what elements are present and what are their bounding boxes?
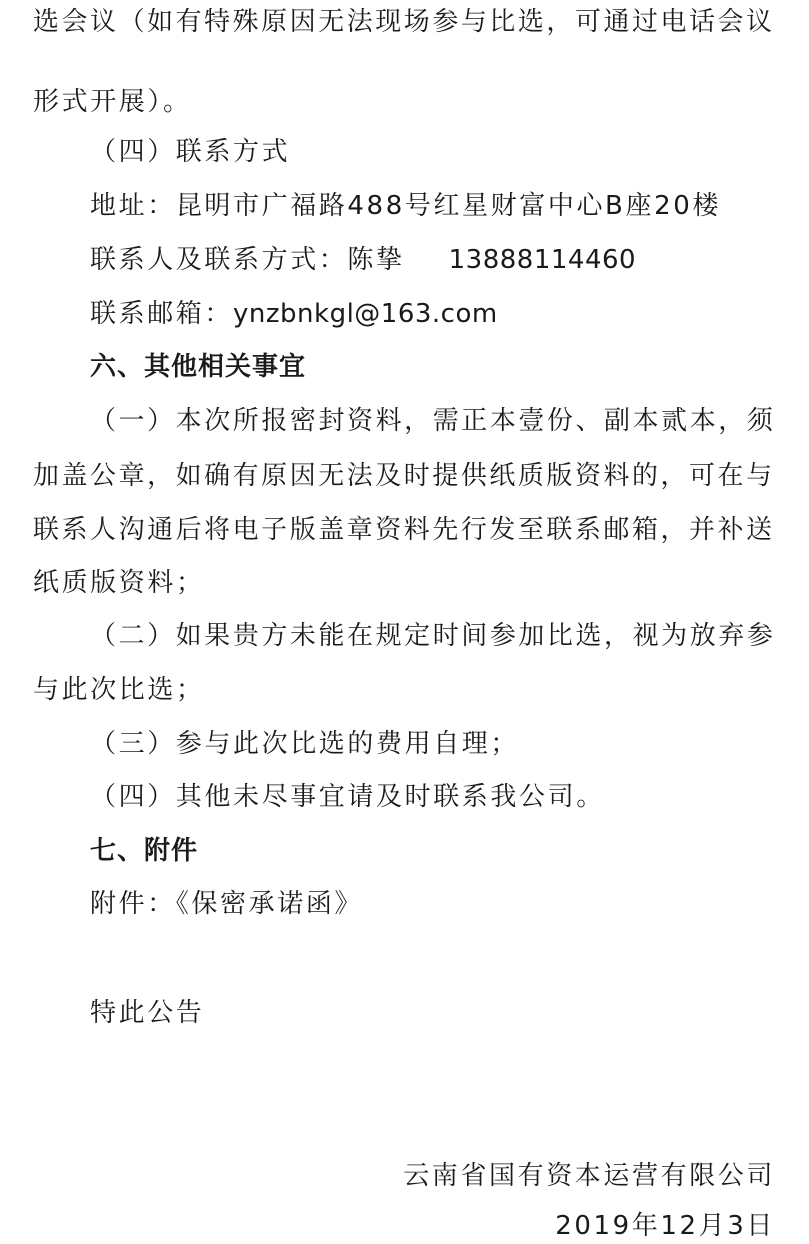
address-label: 地址： (90, 191, 176, 221)
paragraph-continuation-line-2: 形式开展）。 (33, 84, 192, 120)
item-1-line-3: 联系人沟通后将电子版盖章资料先行发至联系邮箱，并补送 (33, 512, 775, 548)
section-six-heading: 六、其他相关事宜 (90, 349, 306, 385)
contact-phone: 13888114460 (449, 245, 636, 275)
signature-date: 2019年12月3日 (555, 1208, 775, 1244)
closing-text: 特此公告 (90, 995, 204, 1031)
attachment-line: 附件：《保密承诺函》 (90, 886, 363, 922)
contact-label: 联系人及联系方式： (90, 245, 347, 275)
item-4: （四）其他未尽事宜请及时联系我公司。 (90, 779, 605, 815)
signature-organization: 云南省国有资本运营有限公司 (403, 1158, 775, 1194)
email-value: ynzbnkgl@163.com (233, 299, 498, 329)
document-page: 选会议（如有特殊原因无法现场参与比选，可通过电话会议 形式开展）。 （四）联系方… (0, 0, 809, 1244)
address-value: 昆明市广福路488号红星财富中心B座20楼 (176, 191, 721, 221)
item-1-line-1: （一）本次所报密封资料，需正本壹份、副本贰本，须 (90, 403, 775, 439)
email-label: 联系邮箱： (90, 299, 233, 329)
item-2-line-2: 与此次比选； (33, 672, 205, 708)
attachment-label: 附件： (90, 889, 176, 919)
email-line: 联系邮箱：ynzbnkgl@163.com (90, 296, 498, 332)
contact-section-title: （四）联系方式 (90, 134, 290, 170)
item-2-line-1: （二）如果贵方未能在规定时间参加比选，视为放弃参 (90, 618, 775, 654)
contact-name: 陈挚 (347, 245, 404, 275)
item-3: （三）参与此次比选的费用自理； (90, 726, 519, 762)
contact-person-line: 联系人及联系方式：陈挚13888114460 (90, 242, 636, 278)
paragraph-continuation-line-1: 选会议（如有特殊原因无法现场参与比选，可通过电话会议 (33, 4, 775, 40)
item-1-line-2: 加盖公章，如确有原因无法及时提供纸质版资料的，可在与 (33, 458, 775, 494)
attachment-value: 《保密承诺函》 (176, 889, 363, 919)
item-1-line-4: 纸质版资料； (33, 565, 205, 601)
section-seven-heading: 七、附件 (90, 833, 198, 869)
address-line: 地址：昆明市广福路488号红星财富中心B座20楼 (90, 188, 721, 224)
